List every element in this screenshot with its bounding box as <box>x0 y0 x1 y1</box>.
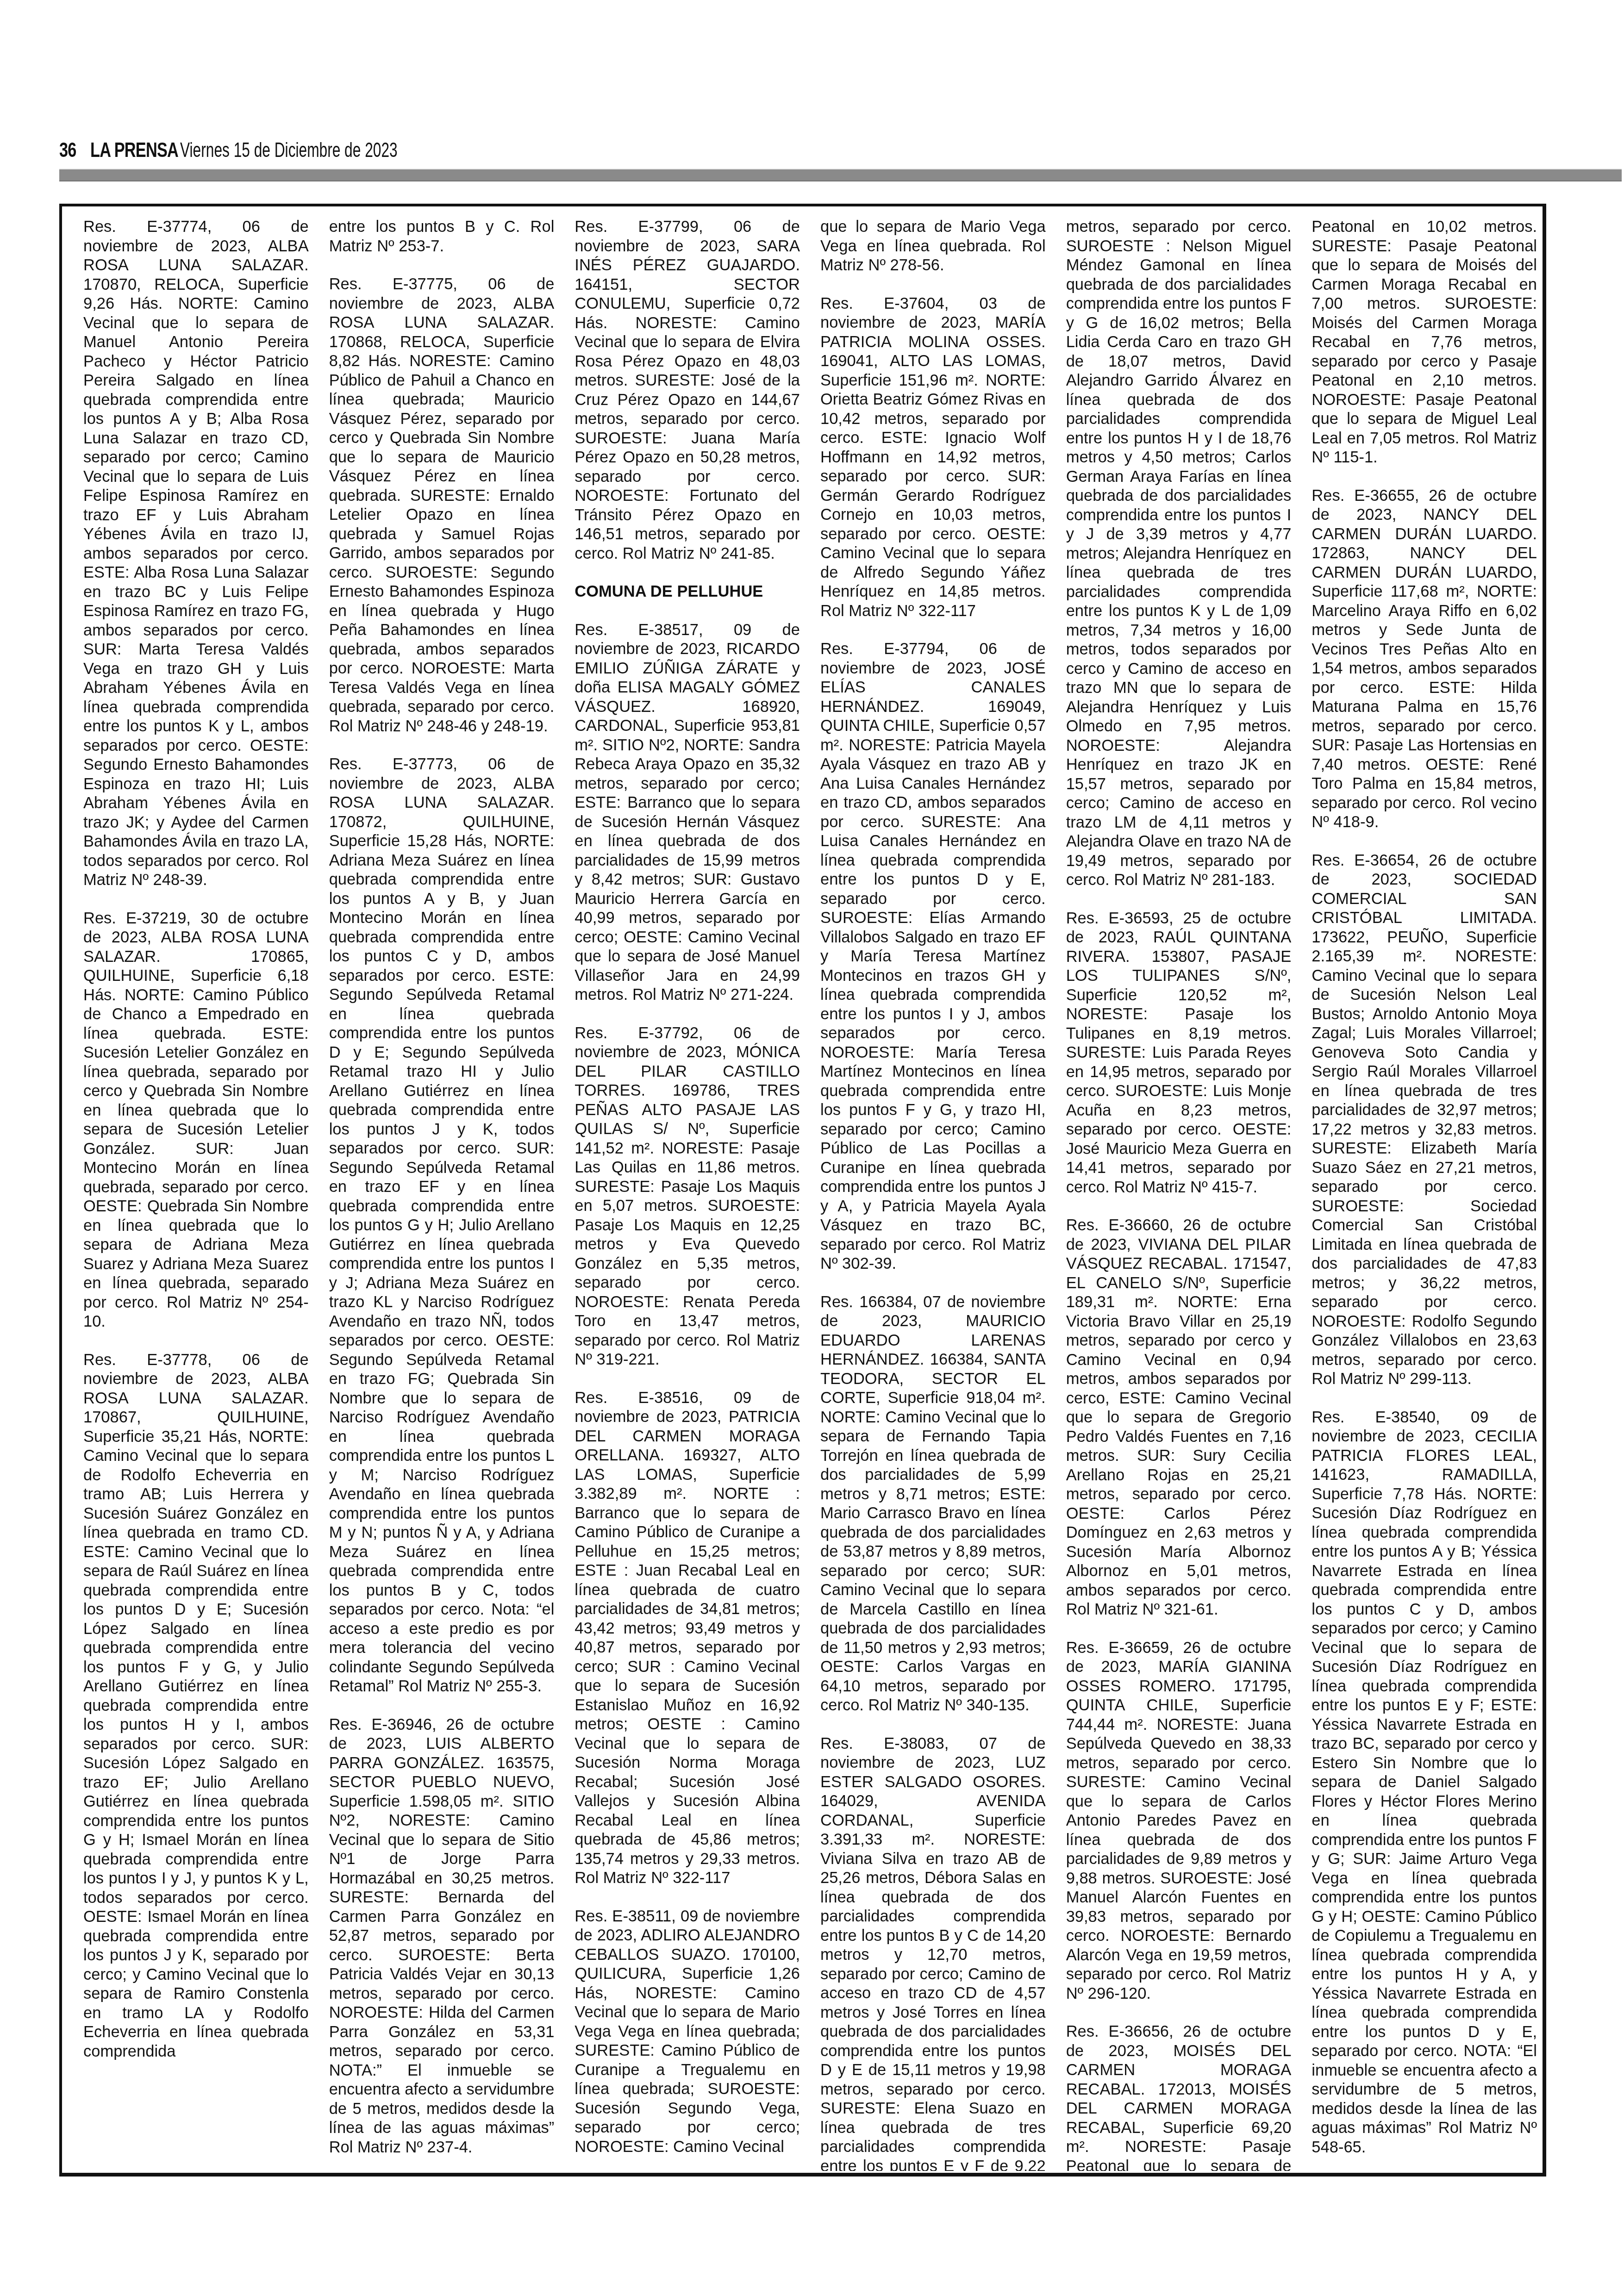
section-heading: COMUNA DE PELLUHUE <box>575 582 800 602</box>
notice-paragraph: Res. E-37219, 30 de octubre de 2023, ALB… <box>83 909 309 1332</box>
notice-paragraph: metros, separado por cerco. SUROESTE : N… <box>1066 218 1292 890</box>
notice-paragraph: Res. E-37604, 03 de noviembre de 2023, M… <box>820 294 1046 621</box>
column-4: que lo separa de Mario Vega Vega en líne… <box>820 218 1046 2171</box>
column-6: Peatonal en 10,02 metros. SURESTE: Pasaj… <box>1312 218 1537 2171</box>
notice-paragraph: que lo separa de Mario Vega Vega en líne… <box>820 218 1046 275</box>
notice-paragraph: Res. E-37799, 06 de noviembre de 2023, S… <box>575 218 800 563</box>
notice-paragraph: Res. E-38516, 09 de noviembre de 2023, P… <box>575 1389 800 1888</box>
column-1: Res. E-37774, 06 de noviembre de 2023, A… <box>83 218 309 2171</box>
notice-paragraph: Res. E-37775, 06 de noviembre de 2023, A… <box>329 275 555 736</box>
notice-paragraph: Res. 166384, 07 de noviembre de 2023, MA… <box>820 1293 1046 1715</box>
notice-paragraph: Res. E-36659, 26 de octubre de 2023, MAR… <box>1066 1639 1292 2004</box>
notice-paragraph: Res. E-38083, 07 de noviembre de 2023, L… <box>820 1734 1046 2171</box>
notice-paragraph: Res. E-36656, 26 de octubre de 2023, MOI… <box>1066 2022 1292 2171</box>
newspaper-name: LA PRENSA <box>90 139 178 162</box>
column-3: Res. E-37799, 06 de noviembre de 2023, S… <box>575 218 800 2171</box>
column-5: metros, separado por cerco. SUROESTE : N… <box>1066 218 1292 2171</box>
notice-paragraph: Res. E-37778, 06 de noviembre de 2023, A… <box>83 1351 309 2062</box>
notice-paragraph: Res. E-38517, 09 de noviembre de 2023, R… <box>575 621 800 1005</box>
notice-paragraph: Peatonal en 10,02 metros. SURESTE: Pasaj… <box>1312 218 1537 468</box>
notice-paragraph: Res. E-37773, 06 de noviembre de 2023, A… <box>329 755 555 1696</box>
notice-paragraph: Res. E-36946, 26 de octubre de 2023, LUI… <box>329 1715 555 2158</box>
header-rule-bar <box>59 168 1622 181</box>
notice-paragraph: Res. E-37792, 06 de noviembre de 2023, M… <box>575 1024 800 1370</box>
legal-notices-columns: Res. E-37774, 06 de noviembre de 2023, A… <box>83 218 1537 2171</box>
notice-paragraph: Res. E-37774, 06 de noviembre de 2023, A… <box>83 218 309 890</box>
notice-paragraph: Res. E-36654, 26 de octubre de 2023, SOC… <box>1312 851 1537 1389</box>
notice-paragraph: Res. E-38511, 09 de noviembre de 2023, A… <box>575 1907 800 2157</box>
notice-paragraph: Res. E-36593, 25 de octubre de 2023, RAÚ… <box>1066 909 1292 1197</box>
issue-date: Viernes 15 de Diciembre de 2023 <box>180 139 398 162</box>
page-number: 36 <box>59 139 76 162</box>
notice-paragraph: entre los puntos B y C. Rol Matriz Nº 25… <box>329 218 555 256</box>
column-2: entre los puntos B y C. Rol Matriz Nº 25… <box>329 218 555 2171</box>
notice-paragraph: Res. E-37794, 06 de noviembre de 2023, J… <box>820 640 1046 1274</box>
masthead: 36 LA PRENSA Viernes 15 de Diciembre de … <box>59 139 482 167</box>
notice-paragraph: Res. E-36655, 26 de octubre de 2023, NAN… <box>1312 486 1537 832</box>
notice-paragraph: Res. E-36660, 26 de octubre de 2023, VIV… <box>1066 1216 1292 1620</box>
notice-paragraph: Res. E-38540, 09 de noviembre de 2023, C… <box>1312 1408 1537 2158</box>
